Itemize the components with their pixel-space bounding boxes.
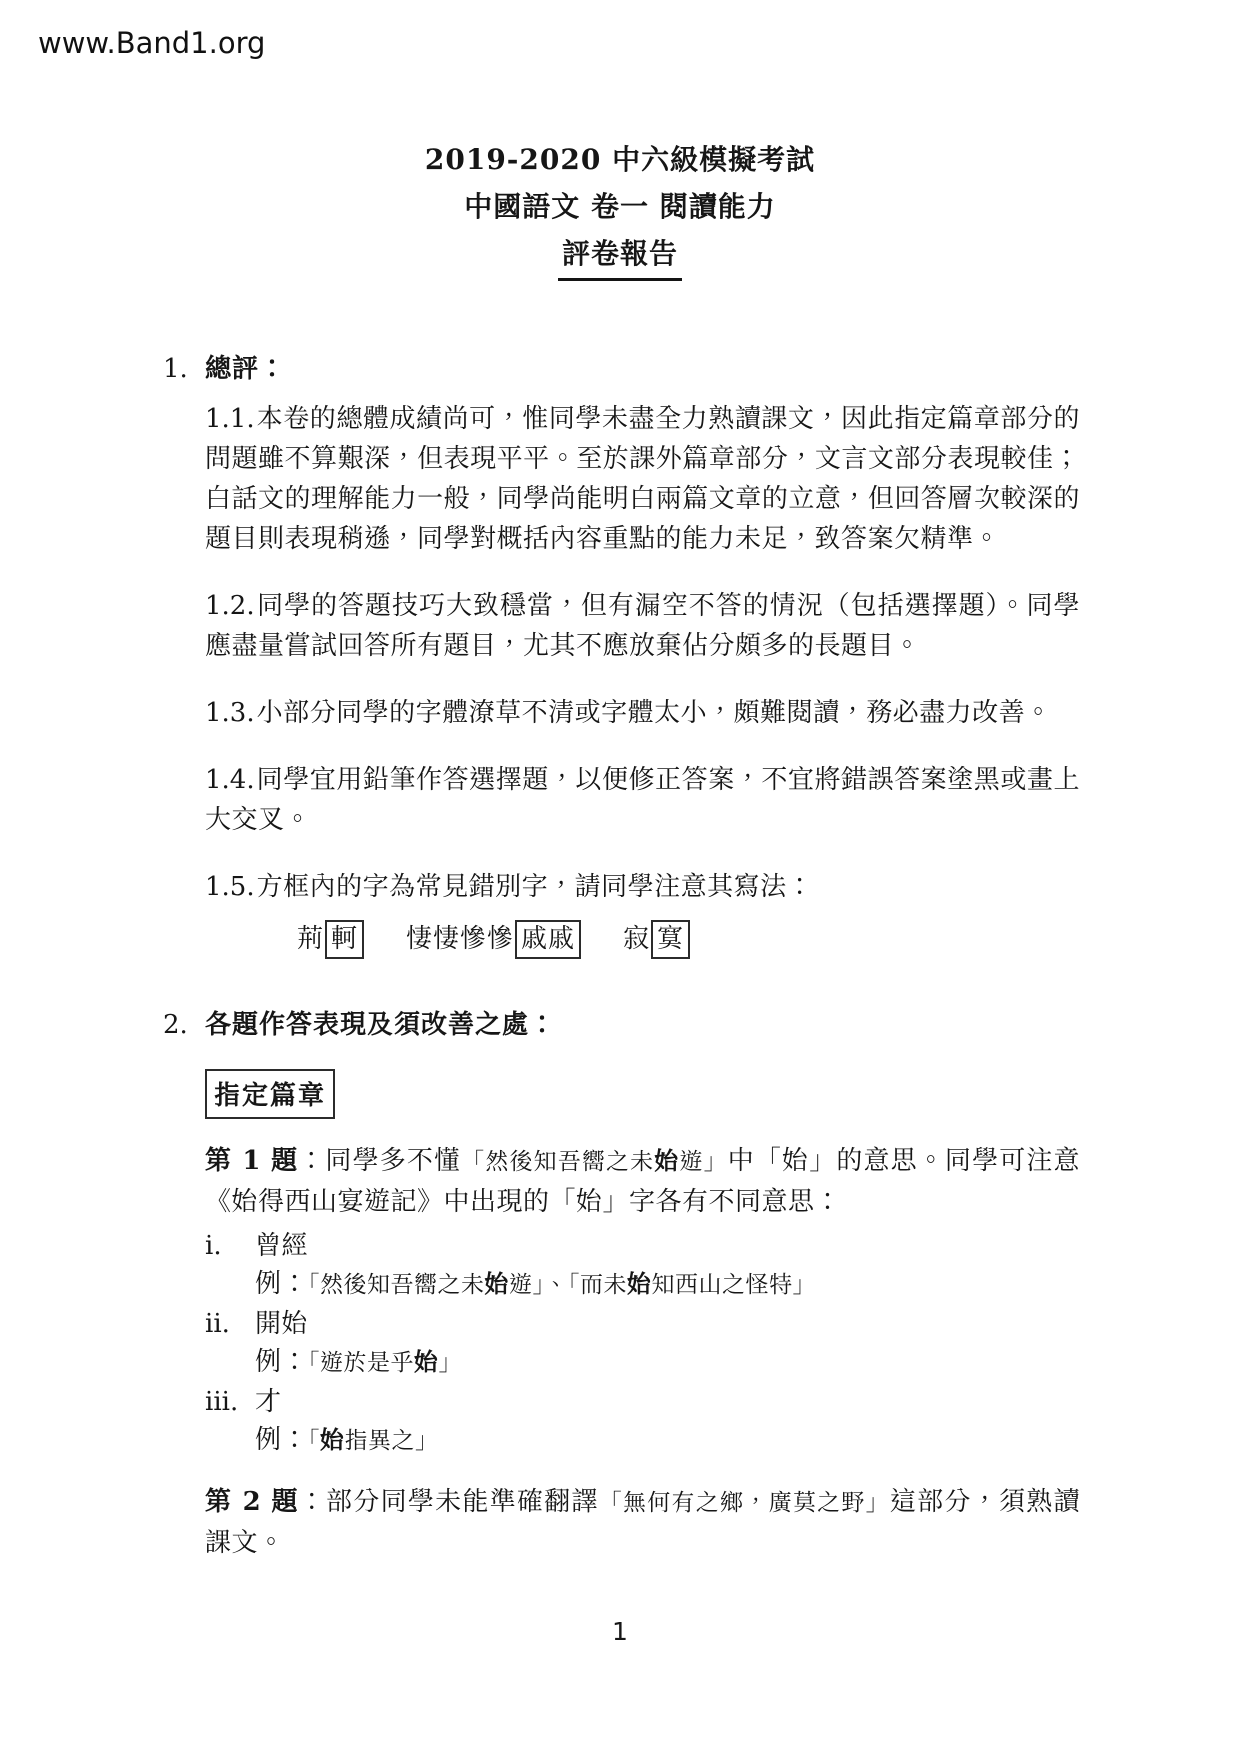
question-1-intro: ：同學多不懂 <box>298 1146 461 1176</box>
classical-quote: 「然後知吾嚮之未 <box>461 1149 654 1175</box>
classical-quote: 「然後知吾嚮之未 <box>308 1272 485 1298</box>
item-text: 同學的答題技巧大致穩當，但有漏空不答的情況（包括選擇題）。同學應盡量嘗試回答所有… <box>205 591 1080 661</box>
section-number: 1. <box>163 349 205 389</box>
classical-quote-emphasis: 始 <box>654 1146 679 1175</box>
classical-quote-emphasis: 始 <box>414 1347 439 1376</box>
errata-characters-line: 荊軻 悽悽慘慘戚戚 寂寞 <box>205 917 1080 961</box>
list-marker: iii. <box>205 1384 255 1421</box>
classical-quote: 遊」、「而未 <box>509 1272 627 1298</box>
item-number: 1.5. <box>205 872 255 902</box>
classical-quote: 」 <box>439 1350 463 1376</box>
section-overview-heading-row: 1. 總評： <box>163 349 1080 389</box>
example-row: 例：「然後知吾嚮之未始遊」、「而未始知西山之怪特」 <box>205 1265 1080 1304</box>
classical-quote: 「無何有之鄉，廣莫之野」 <box>599 1490 890 1516</box>
doc-title-exam: 2019-2020 中六級模擬考試 <box>0 136 1240 183</box>
meanings-list: i.曾經 例：「然後知吾嚮之未始遊」、「而未始知西山之怪特」 ii.開始 例：「… <box>205 1228 1080 1460</box>
classical-quote-emphasis: 始 <box>485 1269 510 1298</box>
section-questions-body: 指定篇章 第 1 題：同學多不懂「然後知吾嚮之未始遊」中「始」的意思。同學可注意… <box>205 1045 1080 1563</box>
doc-title-report-underline: 評卷報告 <box>558 230 682 281</box>
item-text: 方框內的字為常見錯別字，請同學注意其寫法： <box>257 872 814 902</box>
list-marker: i. <box>205 1228 255 1265</box>
meaning-row: i.曾經 <box>205 1228 1080 1265</box>
section-questions-heading: 各題作答表現及須改善之處： <box>205 1005 556 1045</box>
item-number: 1.4. <box>205 765 255 795</box>
overview-item-1-4: 1.4.同學宜用鉛筆作答選擇題，以便修正答案，不宜將錯誤答案塗黑或畫上大交叉。 <box>205 760 1080 840</box>
section-overview-heading: 總評： <box>205 349 286 389</box>
overview-item-1-1: 1.1.本卷的總體成績尚可，惟同學未盡全力熟讀課文，因此指定篇章部分的問題雖不算… <box>205 399 1080 559</box>
example-row: 例：「始指異之」 <box>205 1421 1080 1460</box>
classical-quote: 知西山之怪特」 <box>652 1272 817 1298</box>
classical-quote: 遊」 <box>679 1149 727 1175</box>
errata-boxed-char: 寞 <box>651 920 690 959</box>
section-overview: 1. 總評： 1.1.本卷的總體成績尚可，惟同學未盡全力熟讀課文，因此指定篇章部… <box>163 349 1080 961</box>
meaning-word: 曾經 <box>255 1228 308 1265</box>
overview-item-1-5: 1.5.方框內的字為常見錯別字，請同學注意其寫法： <box>205 867 1080 907</box>
question-2-label: 第 2 題 <box>205 1487 299 1517</box>
errata-text: 荊 <box>297 917 324 961</box>
errata-text: 寂 <box>623 917 650 961</box>
example-row: 例：「遊於是乎始」 <box>205 1343 1080 1382</box>
classical-quote-emphasis: 始 <box>320 1425 345 1454</box>
errata-group-qiqi: 悽悽慘慘戚戚 <box>406 917 581 961</box>
question-2-paragraph: 第 2 題：部分同學未能準確翻譯「無何有之鄉，廣莫之野」這部分，須熟讀課文。 <box>205 1482 1080 1563</box>
doc-title-paper: 中國語文 卷一 閱讀能力 <box>0 183 1240 230</box>
watermark-url: www.Band1.org <box>38 26 265 60</box>
meaning-row: iii.才 <box>205 1384 1080 1421</box>
example-label: 例： <box>255 1425 308 1455</box>
overview-item-1-3: 1.3.小部分同學的字體潦草不清或字體太小，頗難閱讀，務必盡力改善。 <box>205 693 1080 733</box>
classical-quote: 指異之」 <box>345 1428 439 1454</box>
question-2-intro: ：部分同學未能準確翻譯 <box>299 1487 599 1517</box>
classical-quote-emphasis: 始 <box>627 1269 652 1298</box>
item-text: 同學宜用鉛筆作答選擇題，以便修正答案，不宜將錯誤答案塗黑或畫上大交叉。 <box>205 765 1080 835</box>
item-text: 本卷的總體成績尚可，惟同學未盡全力熟讀課文，因此指定篇章部分的問題雖不算艱深，但… <box>205 404 1080 554</box>
section-number: 2. <box>163 1005 205 1045</box>
meaning-row: ii.開始 <box>205 1306 1080 1343</box>
document-page: www.Band1.org 2019-2020 中六級模擬考試 中國語文 卷一 … <box>0 0 1240 1754</box>
meaning-word: 才 <box>255 1384 282 1421</box>
meaning-word: 開始 <box>255 1306 308 1343</box>
example-label: 例： <box>255 1269 308 1299</box>
example-label: 例： <box>255 1347 308 1377</box>
question-1-paragraph: 第 1 題：同學多不懂「然後知吾嚮之未始遊」中「始」的意思。同學可注意《始得西山… <box>205 1141 1080 1222</box>
section-overview-items: 1.1.本卷的總體成績尚可，惟同學未盡全力熟讀課文，因此指定篇章部分的問題雖不算… <box>205 399 1080 961</box>
overview-item-1-2: 1.2.同學的答題技巧大致穩當，但有漏空不答的情況（包括選擇題）。同學應盡量嘗試… <box>205 586 1080 666</box>
section-questions-heading-row: 2. 各題作答表現及須改善之處： <box>163 1005 1080 1045</box>
meaning-item-iii: iii.才 例：「始指異之」 <box>205 1384 1080 1460</box>
item-text: 小部分同學的字體潦草不清或字體太小，頗難閱讀，務必盡力改善。 <box>257 698 1052 728</box>
item-number: 1.3. <box>205 698 255 728</box>
errata-text: 悽悽慘慘 <box>406 917 514 961</box>
list-marker: ii. <box>205 1306 255 1343</box>
classical-quote: 「遊於是乎 <box>308 1350 414 1376</box>
meaning-item-ii: ii.開始 例：「遊於是乎始」 <box>205 1306 1080 1382</box>
section-questions: 2. 各題作答表現及須改善之處： 指定篇章 第 1 題：同學多不懂「然後知吾嚮之… <box>163 1005 1080 1563</box>
question-1-label: 第 1 題 <box>205 1146 298 1176</box>
errata-boxed-char: 軻 <box>325 920 364 959</box>
item-number: 1.1. <box>205 404 255 434</box>
errata-group-jimo: 寂寞 <box>623 917 690 961</box>
errata-group-jingke: 荊軻 <box>297 917 364 961</box>
doc-title-report: 評卷報告 <box>0 230 1240 281</box>
designated-passages-badge: 指定篇章 <box>205 1069 335 1119</box>
document-body: 1. 總評： 1.1.本卷的總體成績尚可，惟同學未盡全力熟讀課文，因此指定篇章部… <box>0 349 1240 1563</box>
item-number: 1.2. <box>205 591 255 621</box>
classical-quote: 「 <box>308 1428 320 1454</box>
errata-boxed-char: 戚戚 <box>515 920 581 959</box>
page-number: 1 <box>0 1617 1240 1646</box>
meaning-item-i: i.曾經 例：「然後知吾嚮之未始遊」、「而未始知西山之怪特」 <box>205 1228 1080 1304</box>
